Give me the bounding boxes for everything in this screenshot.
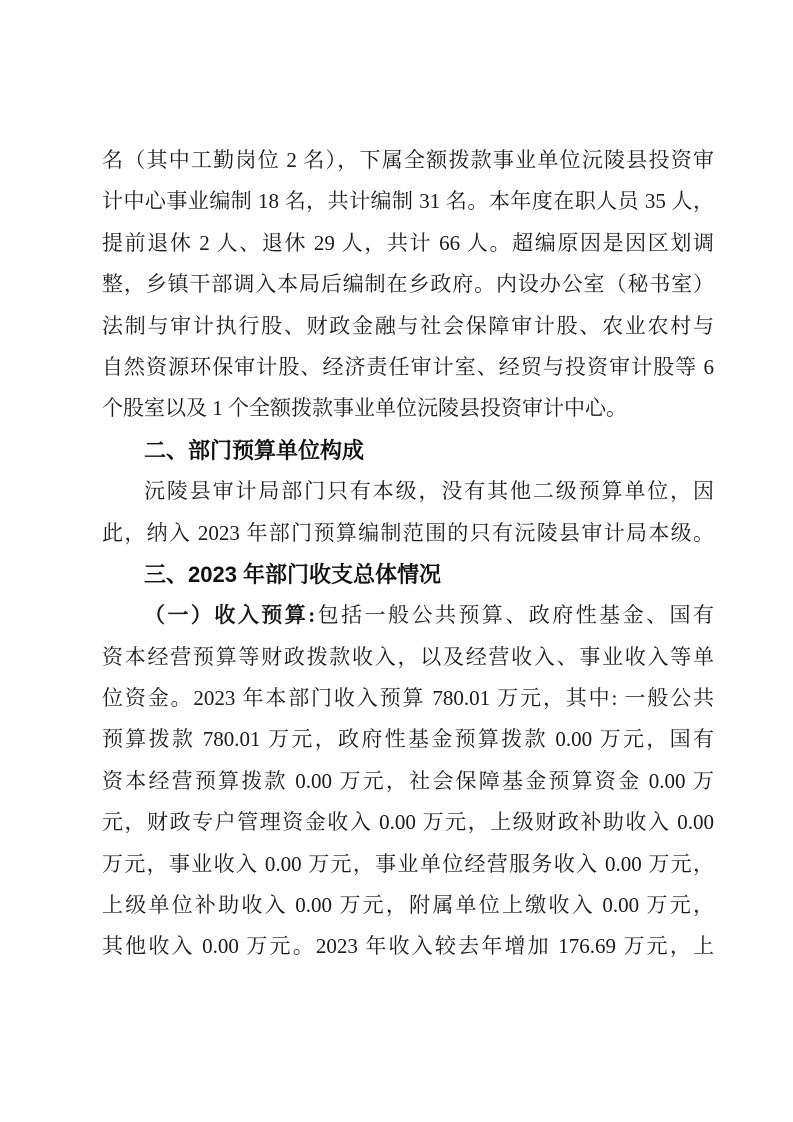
income-budget-lead-label: （一）收入预算: <box>144 603 315 627</box>
body-line: 自然资源环保审计股、经济责任审计室、经贸与投资审计股等 6 <box>102 347 714 388</box>
body-line: 位资金。2023 年本部门收入预算 780.01 万元，其中: 一般公共 <box>102 678 714 719</box>
body-line: 计中心事业编制 18 名，共计编制 31 名。本年度在职人员 35 人， <box>102 181 714 222</box>
document-page: 名（其中工勤岗位 2 名），下属全额拨款事业单位沅陵县投资审 计中心事业编制 1… <box>0 0 793 1122</box>
body-line: 此，纳入 2023 年部门预算编制范围的只有沅陵县审计局本级。 <box>102 513 714 554</box>
body-line: 其他收入 0.00 万元。2023 年收入较去年增加 176.69 万元，上 <box>102 926 714 967</box>
body-line: 资本经营预算等财政拨款收入，以及经营收入、事业收入等单 <box>102 637 714 678</box>
body-line: 法制与审计执行股、财政金融与社会保障审计股、农业农村与 <box>102 306 714 347</box>
section-heading-2: 二、部门预算单位构成 <box>102 430 714 471</box>
body-line: 上级单位补助收入 0.00 万元，附属单位上缴收入 0.00 万元， <box>102 885 714 926</box>
body-line: 万元，事业收入 0.00 万元，事业单位经营服务收入 0.00 万元， <box>102 844 714 885</box>
document-text-block: 名（其中工勤岗位 2 名），下属全额拨款事业单位沅陵县投资审 计中心事业编制 1… <box>102 140 714 968</box>
body-line-text: 包括一般公共预算、政府性基金、国有 <box>315 603 714 627</box>
body-line: 名（其中工勤岗位 2 名），下属全额拨款事业单位沅陵县投资审 <box>102 140 714 181</box>
body-line: 沅陵县审计局部门只有本级，没有其他二级预算单位，因 <box>102 471 714 512</box>
body-line: 元，财政专户管理资金收入 0.00 万元，上级财政补助收入 0.00 <box>102 802 714 843</box>
body-line: 整，乡镇干部调入本局后编制在乡政府。内设办公室（秘书室） <box>102 264 714 305</box>
body-line: 个股室以及 1 个全额拨款事业单位沅陵县投资审计中心。 <box>102 388 714 429</box>
section-heading-3: 三、2023 年部门收支总体情况 <box>102 554 714 595</box>
body-line: 提前退休 2 人、退休 29 人，共计 66 人。超编原因是因区划调 <box>102 223 714 264</box>
body-line: （一）收入预算:包括一般公共预算、政府性基金、国有 <box>102 595 714 636</box>
body-line: 资本经营预算拨款 0.00 万元，社会保障基金预算资金 0.00 万 <box>102 761 714 802</box>
body-line: 预算拨款 780.01 万元，政府性基金预算拨款 0.00 万元，国有 <box>102 719 714 760</box>
